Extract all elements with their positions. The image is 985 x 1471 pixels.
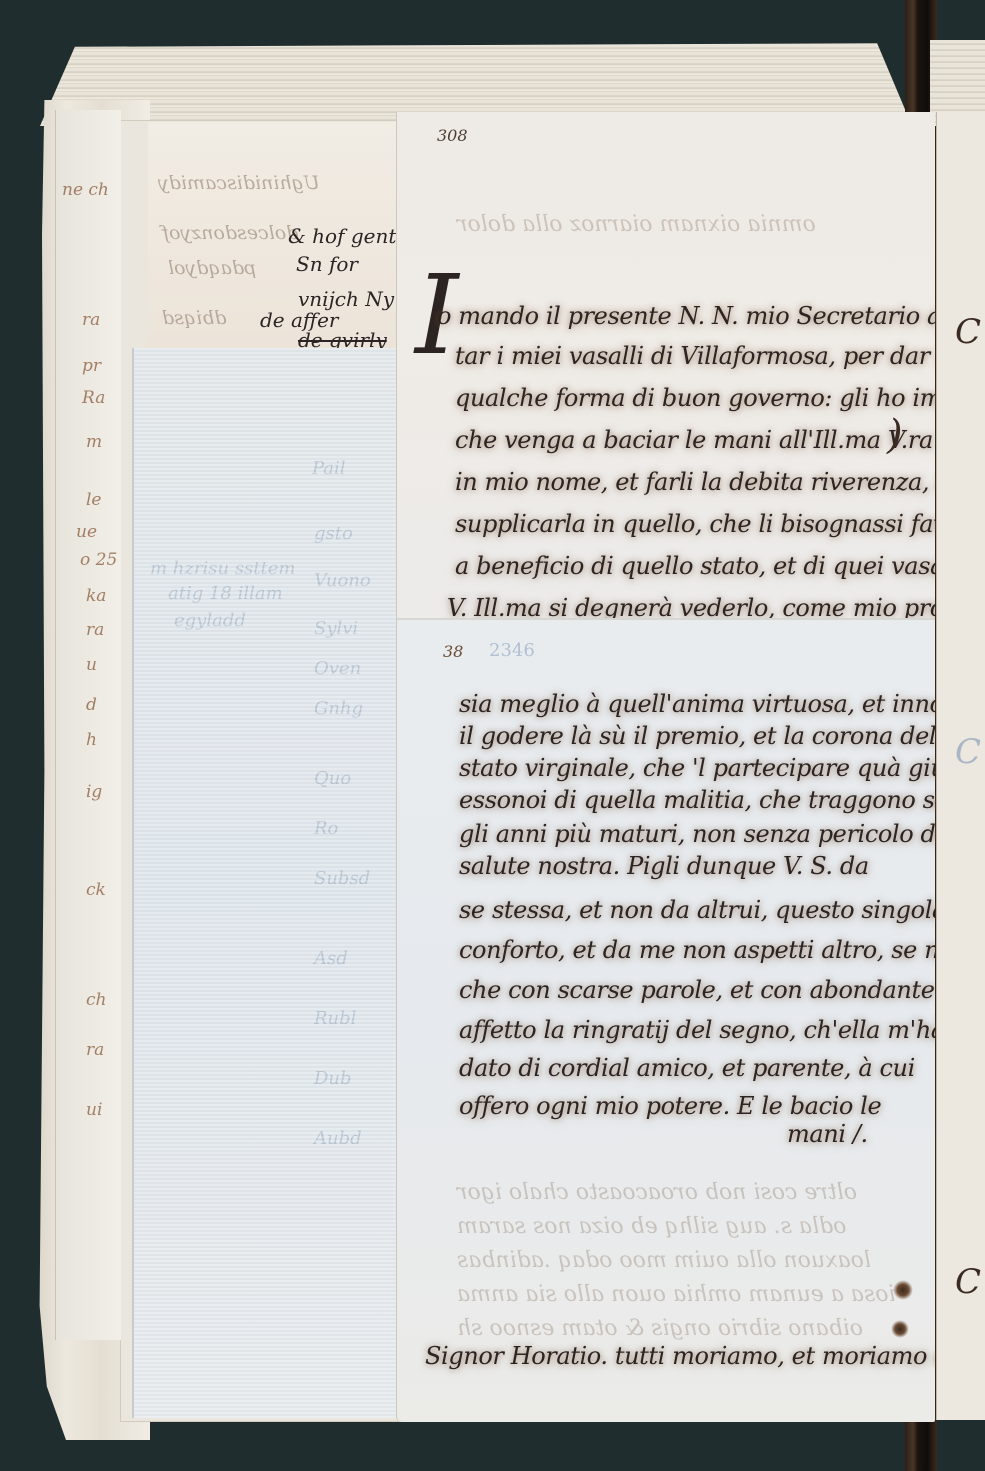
letter-line: gli anni più maturi, non senza pericolo …	[459, 820, 978, 848]
note-ink-line: Sn for	[296, 252, 358, 276]
margin-fragment: d	[86, 695, 97, 715]
bleed-through-text: odla s. aug silhq eb oiza nos saram	[457, 1214, 846, 1239]
letter-line: che venga a baciar le mani all'Ill.ma V.…	[455, 426, 985, 454]
bleed-through-text: pdaqdyol	[168, 257, 256, 279]
bleed-through-text: Gnhg	[314, 698, 363, 719]
letter-line: supplicarla in quello, che li bisognassi…	[455, 510, 985, 538]
margin-fragment: m	[86, 432, 102, 452]
bleed-through-text: Sylvi	[314, 618, 358, 639]
letter-line-next: Signor Horatio. tutti moriamo, et moriam…	[425, 1342, 985, 1370]
letter-line: se stessa, et non da altrui, questo sing…	[459, 896, 957, 924]
ink-stain	[891, 1320, 909, 1338]
margin-fragment: ck	[86, 880, 106, 900]
margin-fragment: le	[86, 490, 102, 510]
letter-sheet-upper: 308 omnia oixnam oiarnoz olla dolor I o …	[396, 112, 935, 622]
margin-fragment: Ra	[82, 388, 105, 408]
note-ink-line: & hof gent	[288, 224, 396, 248]
letter-line: a beneficio di quello stato, et di quei …	[455, 552, 974, 580]
letter-sheet-lower: 38 2346 sia meglio à quell'anima virtuos…	[396, 618, 935, 1422]
facing-page-fragment: C	[955, 732, 981, 772]
bleed-through-text: Quo	[314, 768, 351, 789]
bleed-through-text: Asd	[314, 948, 348, 969]
bleed-through-text: Oven	[314, 658, 361, 679]
bleed-through-text: egyladd	[174, 610, 246, 631]
folio-number: 38	[443, 642, 463, 661]
bleed-through-text: Aubd	[314, 1128, 362, 1149]
bleed-through-text: Ro	[314, 818, 338, 839]
letter-line: o mando il presente N. N. mio Secretario…	[437, 302, 985, 330]
faint-number: 2346	[489, 640, 535, 661]
folio-number: 308	[437, 126, 468, 145]
margin-fragment: u	[86, 655, 97, 675]
margin-fragment: ig	[86, 782, 102, 802]
bleed-through-text: loaxuon olla ouim moo odaq .adinbas	[457, 1248, 871, 1273]
facing-page-fragment: C	[955, 312, 981, 352]
letter-closing: mani /.	[787, 1120, 868, 1148]
margin-fragment: ui	[86, 1100, 102, 1120]
bleed-through-text: omnia oixnam oiarnoz olla dolor	[457, 212, 816, 237]
margin-fragment: ra	[86, 1040, 104, 1060]
letter-line: tar i miei vasalli di Villaformosa, per …	[455, 342, 984, 370]
bleed-through-text: oibano sibrio ongis & otam esnoo sh	[457, 1316, 863, 1341]
margin-fragment: ra	[82, 310, 100, 330]
flourish: )	[887, 412, 903, 458]
margin-fragment: ue	[76, 522, 97, 542]
letter-line: affetto la ringratij del segno, ch'ella …	[459, 1016, 945, 1044]
bleed-through-text: Rubl	[314, 1008, 356, 1029]
note-fragment: Ughinidiscamidy dolcesdonzyof pdaqdyol d…	[148, 122, 396, 350]
ink-stain	[893, 1280, 913, 1300]
bleed-through-text: atig 18 illam	[168, 583, 283, 604]
letter-line: il godere là sù il premio, et la corona …	[459, 722, 984, 750]
margin-fragment: ch	[86, 990, 106, 1010]
blank-sheet: Pail gsto m hzrisu ssttem atig 18 illam …	[132, 348, 396, 1418]
margin-fragment: pr	[82, 356, 101, 376]
margin-fragment: h	[86, 730, 97, 750]
bleed-through-text: iosa a eunam omhia ouon allo sia anma	[457, 1282, 896, 1307]
margin-fragment: ra	[86, 620, 104, 640]
letter-line: stato virginale, che 'l partecipare quà …	[459, 754, 985, 782]
margin-fragment: ka	[86, 586, 106, 606]
bleed-through-text: m hzrisu ssttem	[150, 558, 295, 579]
letter-line: sia meglio à quell'anima virtuosa, et in…	[459, 690, 985, 718]
bleed-through-text: gsto	[314, 523, 353, 544]
bleed-through-text: oltre cosi nob oroacoasto chalo igor	[457, 1180, 857, 1205]
bleed-through-text: dolcesdonzyof	[162, 222, 298, 244]
letter-line: che con scarse parole, et con abondante	[459, 976, 935, 1004]
margin-fragment: ne ch	[62, 180, 109, 200]
margin-fragment: o 25	[80, 550, 117, 570]
letter-line: offero ogni mio potere. E le bacio le	[459, 1092, 881, 1120]
bleed-through-text: Vuono	[314, 570, 371, 591]
bleed-through-text: dbiqsd	[162, 307, 226, 329]
letter-line: conforto, et da me non aspetti altro, se…	[459, 936, 968, 964]
left-margin-strip: ne ch ra pr Ra m le ue o 25 ka ra u d h …	[55, 110, 121, 1340]
bleed-through-text: Pail	[312, 458, 346, 479]
bleed-through-text: Subsd	[314, 868, 370, 889]
facing-page-edge: C C C	[936, 112, 985, 1420]
letter-line: dato di cordial amico, et parente, à cui	[459, 1054, 915, 1082]
bleed-through-text: Ughinidiscamidy	[158, 172, 320, 194]
letter-line: essonoi di quella malitia, che traggono …	[459, 786, 975, 814]
letter-line: in mio nome, et farli la debita riverenz…	[455, 468, 959, 496]
bleed-through-text: Dub	[314, 1068, 352, 1089]
letter-line: qualche forma di buon governo: gli ho im…	[455, 384, 985, 412]
facing-page-fragment: C	[955, 1262, 981, 1302]
letter-line: salute nostra. Pigli dunque V. S. da	[459, 852, 869, 880]
